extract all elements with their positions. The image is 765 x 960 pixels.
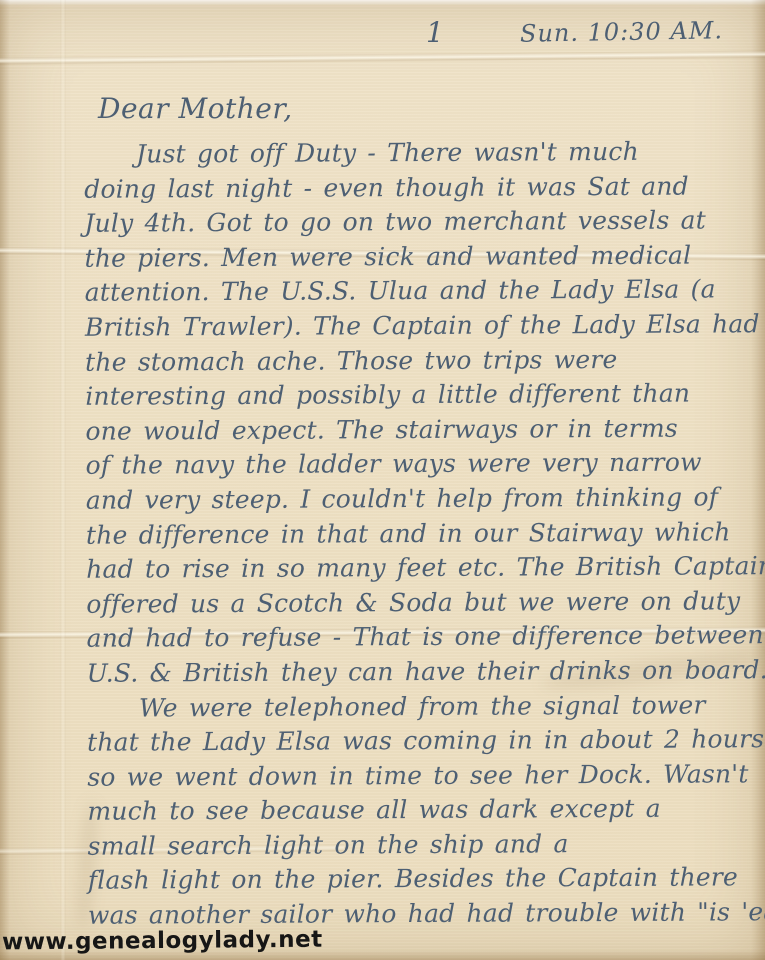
scan-edge-right	[751, 0, 765, 960]
letter-salutation: Dear Mother,	[98, 92, 293, 125]
letter-line: of the navy the ladder ways were very na…	[86, 446, 751, 484]
letter-line: one would expect. The stairways or in te…	[85, 411, 750, 449]
letter-line: Just got off Duty - There wasn't much	[84, 134, 749, 172]
letter-line: and very steep. I couldn't help from thi…	[86, 480, 751, 518]
letter-line: much to see because all was dark except …	[87, 792, 752, 830]
letter-line: flash light on the pier. Besides the Cap…	[88, 861, 753, 899]
letter-line: attention. The U.S.S. Ulua and the Lady …	[85, 273, 750, 311]
scan-edge-left	[0, 0, 10, 960]
letter-line: small search light on the ship and a	[88, 826, 753, 864]
letter-line: We were telephoned from the signal tower	[87, 688, 752, 726]
letter-line: offered us a Scotch & Soda but we were o…	[86, 584, 751, 622]
letter-line: July 4th. Got to go on two merchant vess…	[84, 203, 749, 241]
watermark-url: www.genealogylady.net	[2, 927, 323, 956]
letter-scan-page: 1 Sun. 10:30 AM. Dear Mother, Just got o…	[0, 0, 765, 960]
scan-edge-top	[0, 0, 765, 6]
letter-lines: Just got off Duty - There wasn't muchdoi…	[84, 134, 753, 933]
letter-line: had to rise in so many feet etc. The Bri…	[86, 549, 751, 587]
letter-line: doing last night - even though it was Sa…	[84, 169, 749, 207]
fold-crease-vertical	[60, 0, 66, 960]
letter-line: interesting and possibly a little differ…	[85, 376, 750, 414]
letter-line: U.S. & British they can have their drink…	[87, 653, 752, 691]
fold-crease-top	[0, 51, 765, 66]
letter-line: that the Lady Elsa was coming in in abou…	[87, 722, 752, 760]
letter-line: the stomach ache. Those two trips were	[85, 342, 750, 380]
letter-line: British Trawler). The Captain of the Lad…	[85, 307, 750, 345]
letter-line: the piers. Men were sick and wanted medi…	[84, 238, 749, 276]
page-number: 1	[426, 16, 444, 49]
letter-line: the difference in that and in our Stairw…	[86, 515, 751, 553]
letter-line: so we went down in time to see her Dock.…	[87, 757, 752, 795]
letter-date-time: Sun. 10:30 AM.	[520, 16, 723, 48]
letter-line: and had to refuse - That is one differen…	[86, 619, 751, 657]
